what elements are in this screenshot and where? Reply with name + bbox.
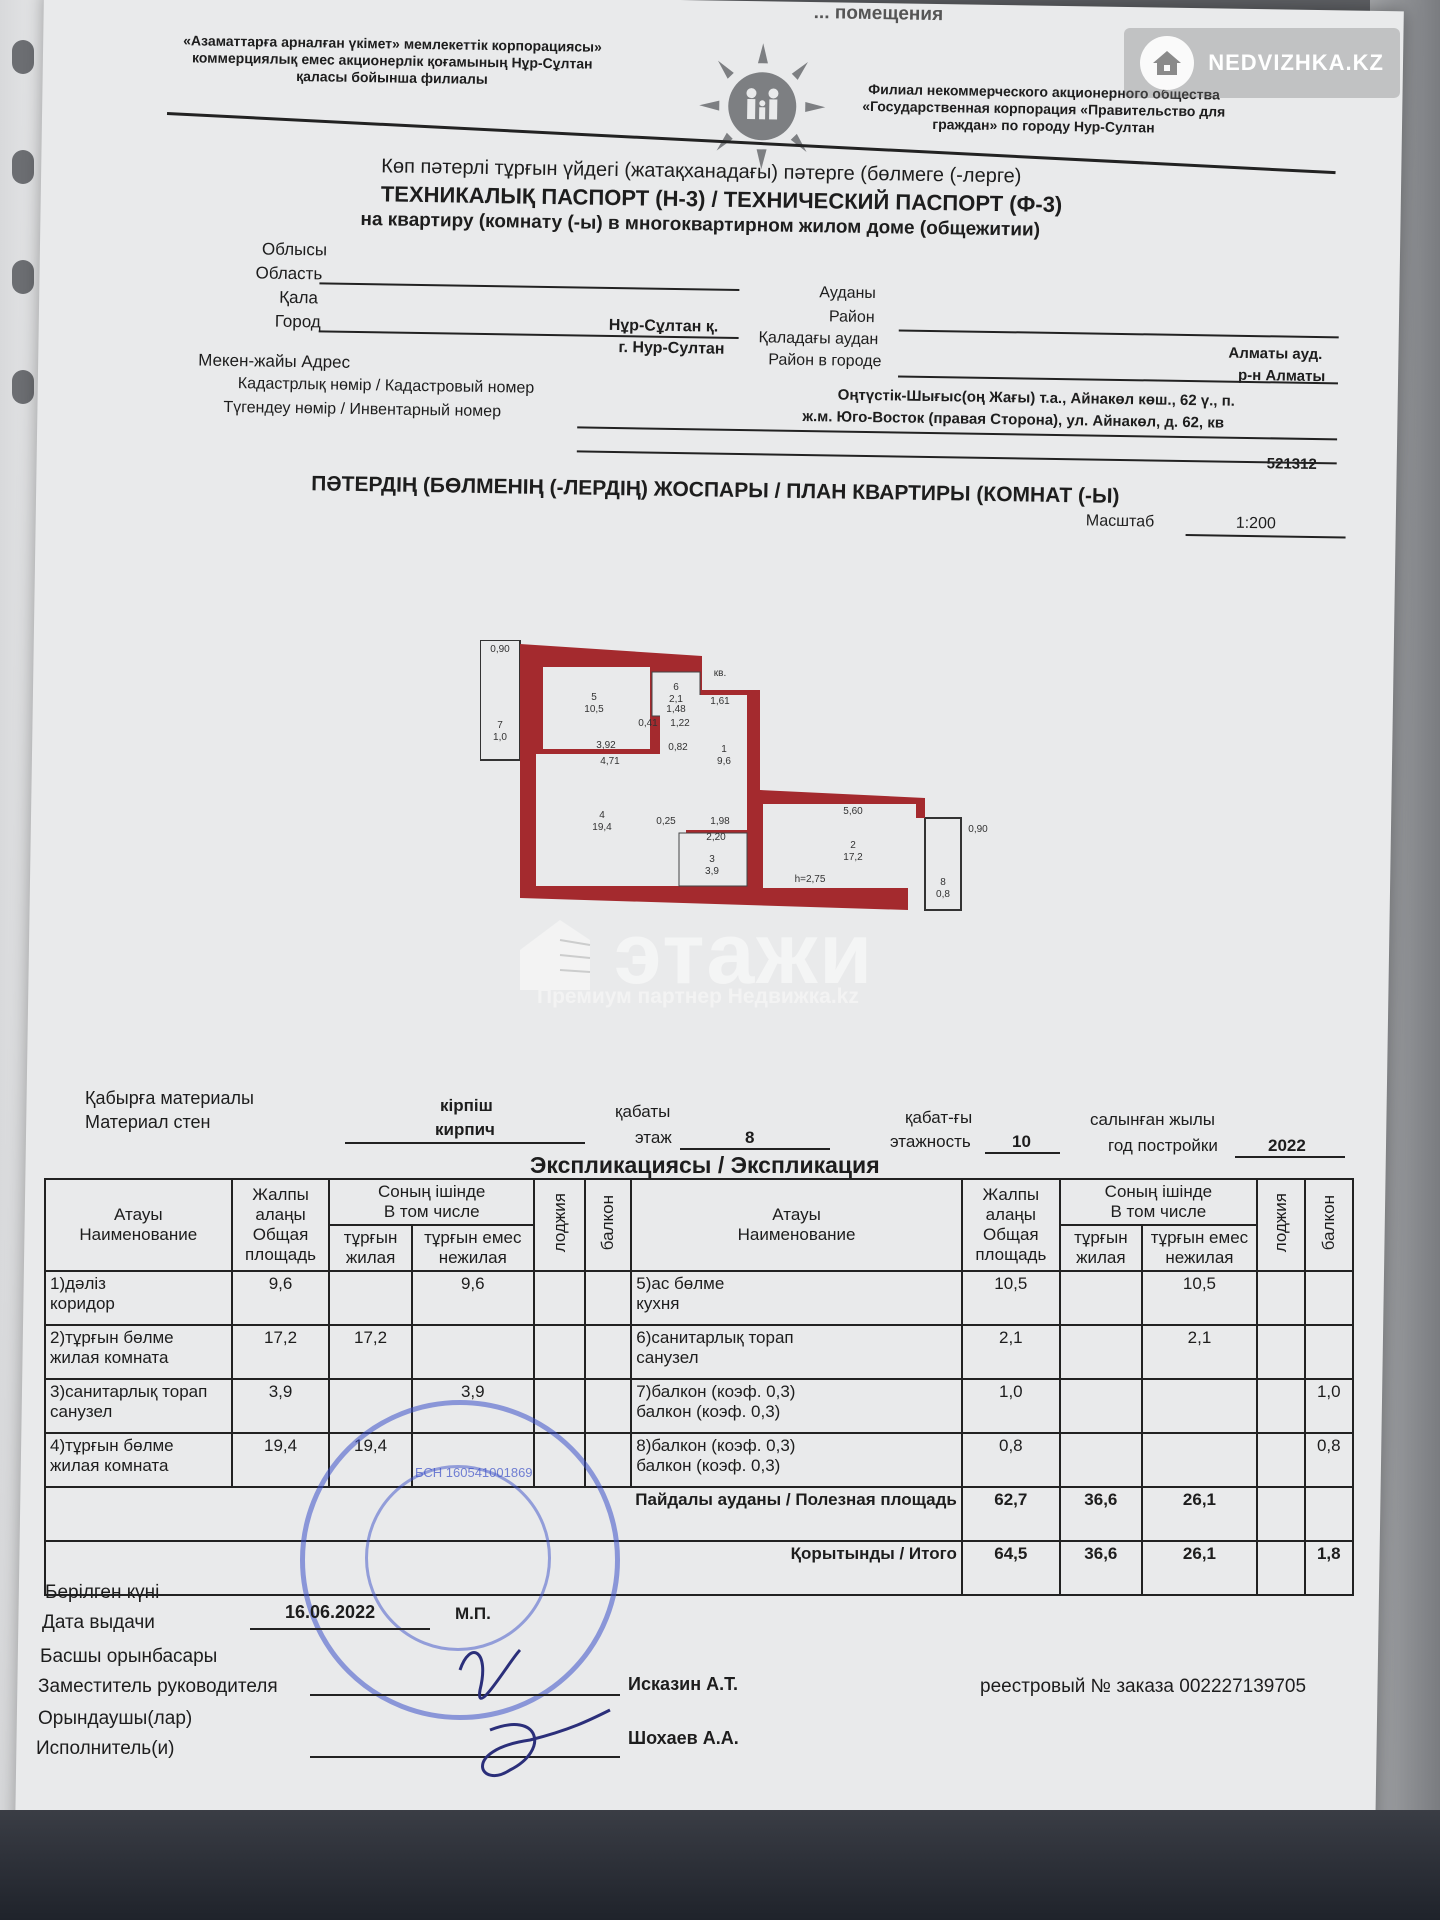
- top-cut-text: ... помещения: [814, 2, 944, 26]
- cell-name: 2)тұрғын бөлме жилая комната: [45, 1325, 232, 1379]
- apartment-label: кв.: [714, 668, 726, 679]
- oblys-label-ru: Область: [255, 263, 322, 284]
- col-balcony: балкон: [598, 1195, 618, 1250]
- dimension: 1,98: [710, 816, 730, 827]
- wall-label-kz: Қабырға материалы: [85, 1088, 254, 1109]
- explication-table: Атауы Наименование Жалпы алаңы Общая пло…: [44, 1178, 1354, 1596]
- stamp-place-label: М.П.: [455, 1604, 491, 1624]
- building-icon: [520, 920, 600, 990]
- room-number: 1: [721, 744, 727, 755]
- binder-hole: [12, 150, 34, 184]
- room-number: 3: [709, 854, 715, 865]
- address-label: Мекен-жайы Адрес: [198, 350, 350, 372]
- signature-scribble: [400, 1630, 620, 1800]
- city-label-ru: Город: [275, 312, 321, 333]
- inventory-value: 521312: [1267, 455, 1317, 473]
- cell-loggia: [1257, 1433, 1305, 1487]
- year-label-ru: год постройки: [1108, 1136, 1218, 1156]
- cell-name: 7)балкон (коэф. 0,3) балкон (коэф. 0,3): [631, 1379, 962, 1433]
- house-icon: [1140, 36, 1194, 90]
- district-label-kz: Ауданы: [819, 284, 876, 303]
- cell-total: 9,6: [232, 1271, 330, 1325]
- totals-balcony: 1,8: [1305, 1541, 1353, 1595]
- field-line: [345, 1142, 585, 1144]
- deputy-name: Исказин А.Т.: [628, 1674, 738, 1695]
- issue-date-value: 16.06.2022: [285, 1602, 375, 1623]
- cell-balcony: [585, 1379, 631, 1433]
- cell-nonliving: 10,5: [1142, 1271, 1257, 1325]
- cell-loggia: [1257, 1379, 1305, 1433]
- table-row: 3)санитарлық торап санузел3,93,97)балкон…: [45, 1379, 1353, 1433]
- useful-balcony: [1305, 1487, 1353, 1541]
- field-line: [680, 1148, 830, 1150]
- col-nonliving: тұрғын емес нежилая: [1142, 1225, 1257, 1271]
- totals-loggia: [1257, 1541, 1305, 1595]
- table-row: 2)тұрғын бөлме жилая комната17,217,26)са…: [45, 1325, 1353, 1379]
- city-label-kz: Қала: [279, 288, 318, 309]
- col-living: тұрғын жилая: [1060, 1225, 1142, 1271]
- cell-nonliving: [1142, 1379, 1257, 1433]
- totals-living: 36,6: [1060, 1541, 1142, 1595]
- cell-loggia: [534, 1271, 585, 1325]
- cell-balcony: [585, 1325, 631, 1379]
- cell-total: 1,0: [962, 1379, 1060, 1433]
- deputy-label-kz: Басшы орынбасары: [40, 1646, 217, 1668]
- cadastral-label: Кадастрлық нөмір / Кадастровый номер: [238, 375, 535, 398]
- cell-balcony: 1,0: [1305, 1379, 1353, 1433]
- wall-label-ru: Материал стен: [85, 1112, 210, 1133]
- room-area: 17,2: [843, 852, 863, 863]
- dimension: 5,60: [843, 806, 863, 817]
- floors-value: 10: [1012, 1132, 1031, 1152]
- scale-label: Масштаб: [1086, 512, 1155, 531]
- field-line: [1186, 534, 1346, 539]
- cell-name: 4)тұрғын бөлме жилая комната: [45, 1433, 232, 1487]
- col-total: Жалпы алаңы Общая площадь: [962, 1179, 1060, 1271]
- cell-living: [1060, 1271, 1142, 1325]
- cell-loggia: [534, 1325, 585, 1379]
- room-area: 0,8: [936, 889, 950, 900]
- col-total: Жалпы алаңы Общая площадь: [232, 1179, 330, 1271]
- cell-living: [1060, 1379, 1142, 1433]
- col-loggia: лоджия: [550, 1193, 570, 1252]
- cell-nonliving: [412, 1325, 534, 1379]
- floors-label-kz: қабат-ғы: [905, 1108, 972, 1128]
- district-label-ru: Район: [829, 308, 875, 327]
- cell-total: 17,2: [232, 1325, 330, 1379]
- useful-total: 62,7: [962, 1487, 1060, 1541]
- executor-label-ru: Исполнитель(и): [36, 1738, 174, 1760]
- col-name: Атауы Наименование: [631, 1179, 962, 1271]
- col-loggia: лоджия: [1271, 1193, 1291, 1252]
- scale-value: 1:200: [1236, 515, 1276, 534]
- cell-loggia: [1257, 1271, 1305, 1325]
- cell-nonliving: 2,1: [1142, 1325, 1257, 1379]
- ceiling-height: h=2,75: [795, 874, 826, 885]
- dimension: 0,82: [668, 742, 688, 753]
- totals-total: 64,5: [962, 1541, 1060, 1595]
- dimension: 0,41: [638, 718, 658, 729]
- wall-value-kz: кірпіш: [440, 1096, 493, 1116]
- floor-label-kz: қабаты: [615, 1102, 670, 1122]
- room-number: 5: [591, 692, 597, 703]
- plan-title: ПӘТЕРДІҢ (БӨЛМЕНІҢ (-ЛЕРДІҢ) ЖОСПАРЫ / П…: [311, 472, 1120, 509]
- dimension: 2,20: [706, 832, 726, 843]
- floors-label-ru: этажность: [890, 1132, 971, 1152]
- floor-value: 8: [745, 1128, 754, 1148]
- useful-loggia: [1257, 1487, 1305, 1541]
- totals-label: Қорытынды / Итого: [631, 1541, 962, 1595]
- cell-living: 17,2: [329, 1325, 411, 1379]
- dimension: 1,48: [666, 704, 686, 715]
- room-area: 3,9: [705, 866, 719, 877]
- issue-date-label-kz: Берілген күні: [45, 1582, 159, 1604]
- room-number: 8: [940, 877, 946, 888]
- city-district-label-kz: Қаладағы аудан: [758, 329, 878, 349]
- etazhi-subtitle: Премиум партнер Недвижка.kz: [537, 985, 859, 1009]
- table-header-row: Атауы Наименование Жалпы алаңы Общая пло…: [45, 1179, 1353, 1225]
- address-ru: ж.м. Юго-Восток (правая Сторона), ул. Ай…: [802, 408, 1224, 432]
- cell-name: 1)дәліз коридор: [45, 1271, 232, 1325]
- table-surface: [0, 1810, 1440, 1920]
- dimension: 0,90: [968, 824, 988, 835]
- city-district-value-kz: Алматы ауд.: [1228, 345, 1322, 363]
- cell-living: [329, 1271, 411, 1325]
- cell-balcony: 0,8: [1305, 1433, 1353, 1487]
- stamp-bin: БСН 160541001869: [415, 1465, 533, 1480]
- useful-nonliving: 26,1: [1142, 1487, 1257, 1541]
- city-value-ru: г. Нур-Султан: [618, 339, 724, 359]
- cell-nonliving: 9,6: [412, 1271, 534, 1325]
- table-row: 4)тұрғын бөлме жилая комната19,419,48)ба…: [45, 1433, 1353, 1487]
- col-incl: Соның ішінде В том числе: [1060, 1179, 1257, 1225]
- cell-balcony: [1305, 1325, 1353, 1379]
- cell-name: 8)балкон (коэф. 0,3) балкон (коэф. 0,3): [631, 1433, 962, 1487]
- binder-hole: [12, 260, 34, 294]
- cell-living: [1060, 1433, 1142, 1487]
- useful-area-label: Пайдалы ауданы / Полезная площадь: [631, 1487, 962, 1541]
- floor-label-ru: этаж: [635, 1128, 672, 1148]
- field-line: [577, 450, 1337, 464]
- year-label-kz: салынған жылы: [1090, 1110, 1215, 1130]
- cell-total: 0,8: [962, 1433, 1060, 1487]
- binder-hole: [12, 370, 34, 404]
- dimension: 1,61: [710, 696, 730, 707]
- cell-name: 6)санитарлық торап санузел: [631, 1325, 962, 1379]
- cell-total: 10,5: [962, 1271, 1060, 1325]
- org-kz: «Азаматтарға арналған үкімет» мемлекетті…: [183, 32, 602, 90]
- inventory-label: Түгендеу нөмір / Инвентарный номер: [223, 399, 501, 421]
- floor-plan: 5 10,5 6 2,1 1 9,6 4 19,4 3 3,9 2 17,2 7…: [480, 640, 1000, 920]
- cell-nonliving: [1142, 1433, 1257, 1487]
- col-incl: Соның ішінде В том числе: [329, 1179, 533, 1225]
- cell-living: [1060, 1325, 1142, 1379]
- city-value-kz: Нұр-Сұлтан қ.: [609, 317, 719, 337]
- col-name: Атауы Наименование: [45, 1179, 232, 1271]
- field-line: [1235, 1156, 1345, 1158]
- dimension: 3,92: [596, 740, 616, 751]
- cell-balcony: [1305, 1271, 1353, 1325]
- dimension: 1,22: [670, 718, 690, 729]
- gov-corp-logo-icon: [696, 40, 828, 172]
- oblys-label-kz: Облысы: [262, 239, 327, 260]
- cell-total: 2,1: [962, 1325, 1060, 1379]
- col-balcony: балкон: [1319, 1195, 1339, 1250]
- room-number: 4: [599, 810, 605, 821]
- room-area: 1,0: [493, 732, 507, 743]
- executor-name: Шохаев А.А.: [628, 1728, 739, 1749]
- city-district-label-ru: Район в городе: [768, 351, 881, 371]
- executor-label-kz: Орындаушы(лар): [38, 1708, 192, 1730]
- watermark-brand: NEDVIZHKA.KZ: [1208, 50, 1384, 76]
- dimension: 4,71: [600, 756, 620, 767]
- totals-nonliving: 26,1: [1142, 1541, 1257, 1595]
- totals-row: Қорытынды / Итого 64,5 36,6 26,1 1,8: [45, 1541, 1353, 1595]
- dimension: 0,25: [656, 816, 676, 827]
- field-line: [985, 1152, 1060, 1154]
- useful-living: 36,6: [1060, 1487, 1142, 1541]
- col-nonliving: тұрғын емес нежилая: [412, 1225, 534, 1271]
- cell-name: 5)ас бөлме кухня: [631, 1271, 962, 1325]
- room-number: 6: [673, 682, 679, 693]
- room-2: [763, 804, 916, 888]
- cell-balcony: [585, 1271, 631, 1325]
- registry-number: реестровый № заказа 002227139705: [980, 1676, 1306, 1698]
- table-row: 1)дәліз коридор9,69,65)ас бөлме кухня10,…: [45, 1271, 1353, 1325]
- cell-name: 3)санитарлық торап санузел: [45, 1379, 232, 1433]
- dimension: 0,90: [490, 644, 510, 655]
- binder-hole: [12, 40, 34, 74]
- useful-area-row: Пайдалы ауданы / Полезная площадь 62,7 3…: [45, 1487, 1353, 1541]
- year-value: 2022: [1268, 1136, 1306, 1156]
- room-area: 9,6: [717, 756, 731, 767]
- explication-title: Экспликациясы / Экспликация: [530, 1152, 880, 1179]
- room-number: 7: [497, 720, 503, 731]
- room-area: 10,5: [584, 704, 604, 715]
- issue-date-label-ru: Дата выдачи: [42, 1612, 155, 1634]
- field-line: [319, 282, 739, 291]
- col-living: тұрғын жилая: [329, 1225, 411, 1271]
- cell-total: 19,4: [232, 1433, 330, 1487]
- room-number: 2: [850, 840, 856, 851]
- nedvizhka-watermark: NEDVIZHKA.KZ: [1124, 28, 1400, 98]
- room-area: 19,4: [592, 822, 612, 833]
- cell-loggia: [1257, 1325, 1305, 1379]
- cell-total: 3,9: [232, 1379, 330, 1433]
- wall-value-ru: кирпич: [435, 1120, 495, 1140]
- deputy-label-ru: Заместитель руководителя: [38, 1676, 278, 1698]
- address-kz: Оңтүстік-Шығыс(оң Жағы) т.а., Айнакөл кө…: [838, 387, 1235, 410]
- field-line: [899, 329, 1339, 338]
